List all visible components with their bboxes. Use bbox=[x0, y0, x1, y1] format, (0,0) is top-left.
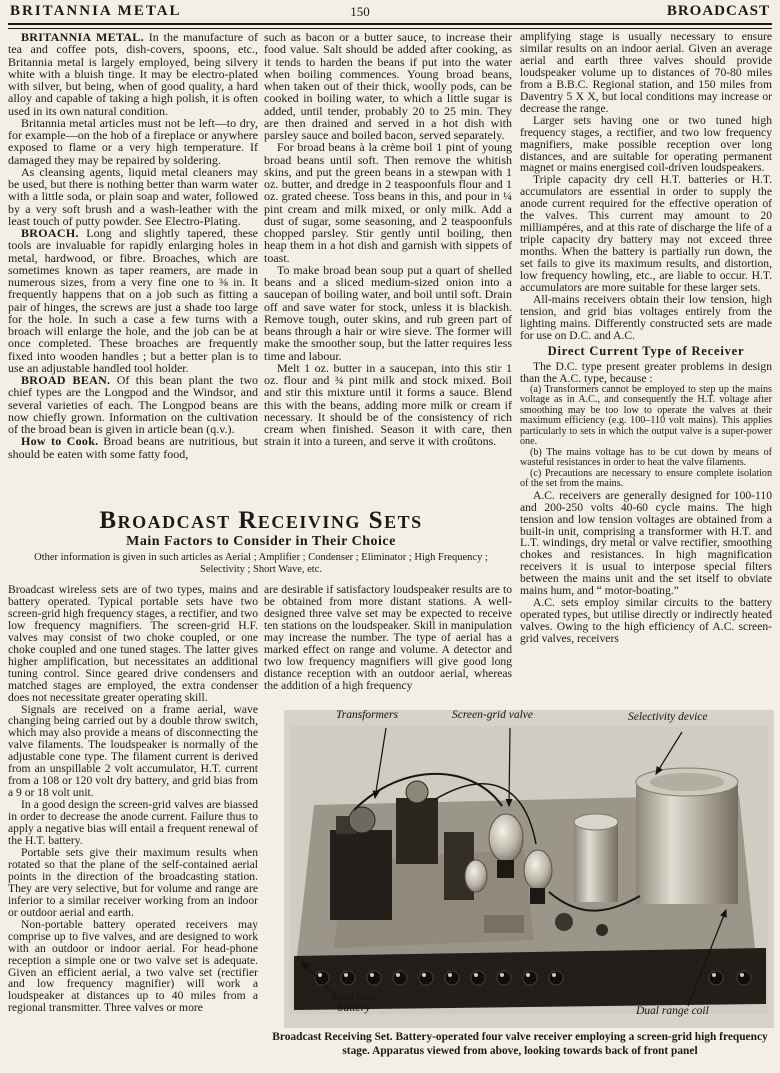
paragraph: Melt 1 oz. butter in a saucepan, into th… bbox=[264, 362, 512, 448]
receiver-photograph: Transformers Screen-grid valve Selectivi… bbox=[284, 710, 774, 1028]
paragraph: Non-portable battery operated receivers … bbox=[8, 919, 258, 1015]
article-subtitle: Main Factors to Consider in Their Choice bbox=[8, 534, 514, 550]
paragraph: Triple capacity dry cell H.T. batteries … bbox=[520, 174, 772, 294]
column-subheading: Direct Current Type of Receiver bbox=[520, 346, 772, 358]
paragraph: amplifying stage is usually necessary to… bbox=[520, 31, 772, 115]
paragraph: (b) The mains voltage has to be cut down… bbox=[520, 448, 772, 469]
running-header: BRITANNIA METAL 150 BROADCAST bbox=[10, 3, 770, 21]
paragraph: Larger sets having one or two tuned high… bbox=[520, 115, 772, 175]
paragraph: All-mains receivers obtain their low ten… bbox=[520, 294, 772, 342]
article-heading-block: Broadcast Receiving Sets Main Factors to… bbox=[8, 508, 514, 575]
entry-headword: BROAD BEAN. bbox=[21, 373, 110, 387]
paragraph: As cleansing agents, liquid metal cleane… bbox=[8, 166, 258, 227]
entry-paragraph: BROACH. Long and slightly tapered, these… bbox=[8, 227, 258, 374]
column-top-left: BRITANNIA METAL. In the manufacture of t… bbox=[8, 31, 258, 509]
paragraph: A.C. sets employ similar circuits to the… bbox=[520, 597, 772, 645]
label-grid-bias-battery: Grid bias battery bbox=[318, 992, 390, 1014]
label-transformers: Transformers bbox=[336, 710, 398, 721]
entry-paragraph: BRITANNIA METAL. In the manufacture of t… bbox=[8, 31, 258, 117]
header-right-title: BROADCAST bbox=[667, 3, 770, 20]
label-dual-range-coil: Dual range coil bbox=[636, 1006, 709, 1017]
paragraph: Britannia metal articles must not be lef… bbox=[8, 117, 258, 166]
paragraph: are desirable if satisfactory loudspeake… bbox=[264, 584, 512, 692]
receiver-photo-illustration bbox=[284, 710, 774, 1028]
paragraph: such as bacon or a butter sauce, to incr… bbox=[264, 31, 512, 141]
paragraph: To make broad bean soup put a quart of s… bbox=[264, 264, 512, 362]
entry-paragraph: How to Cook. Broad beans are nutritious,… bbox=[8, 435, 258, 460]
paragraph: (a) Transformers cannot be employed to s… bbox=[520, 385, 772, 448]
encyclopedia-page: BRITANNIA METAL 150 BROADCAST BRITANNIA … bbox=[0, 0, 780, 1073]
paragraph: (c) Precautions are necessary to ensure … bbox=[520, 469, 772, 490]
column-right: amplifying stage is usually necessary to… bbox=[520, 31, 772, 707]
entry-headword: How to Cook. bbox=[21, 434, 99, 448]
column-bottom-left: Broadcast wireless sets are of two types… bbox=[8, 584, 258, 1073]
figure-caption: Broadcast Receiving Set. Battery-operate… bbox=[266, 1031, 774, 1058]
paragraph: Signals are received on a frame aerial, … bbox=[8, 704, 258, 800]
label-selectivity-device: Selectivity device bbox=[628, 712, 707, 723]
cross-reference-note: Other information is given in such artic… bbox=[25, 552, 497, 575]
header-rule-thin bbox=[8, 28, 772, 29]
entry-headword: BROACH. bbox=[21, 226, 79, 240]
paragraph: Portable sets give their maximum results… bbox=[8, 847, 258, 919]
entry-paragraph: BROAD BEAN. Of this bean plant the two c… bbox=[8, 374, 258, 435]
paragraph: Broadcast wireless sets are of two types… bbox=[8, 584, 258, 704]
paragraph: For broad beans à la crème boil 1 pint o… bbox=[264, 141, 512, 264]
label-screen-grid-valve: Screen-grid valve bbox=[452, 710, 533, 721]
entry-headword: BRITANNIA METAL. bbox=[21, 30, 144, 44]
paragraph: In a good design the screen-grid valves … bbox=[8, 799, 258, 847]
article-title: Broadcast Receiving Sets bbox=[8, 508, 514, 534]
column-top-middle: such as bacon or a butter sauce, to incr… bbox=[264, 31, 512, 503]
paragraph: A.C. receivers are generally designed fo… bbox=[520, 490, 772, 598]
paragraph: The D.C. type present greater problems i… bbox=[520, 361, 772, 385]
header-rule-thick bbox=[8, 23, 772, 25]
page-number: 150 bbox=[10, 4, 710, 20]
column-bottom-middle: are desirable if satisfactory loudspeake… bbox=[264, 584, 512, 708]
